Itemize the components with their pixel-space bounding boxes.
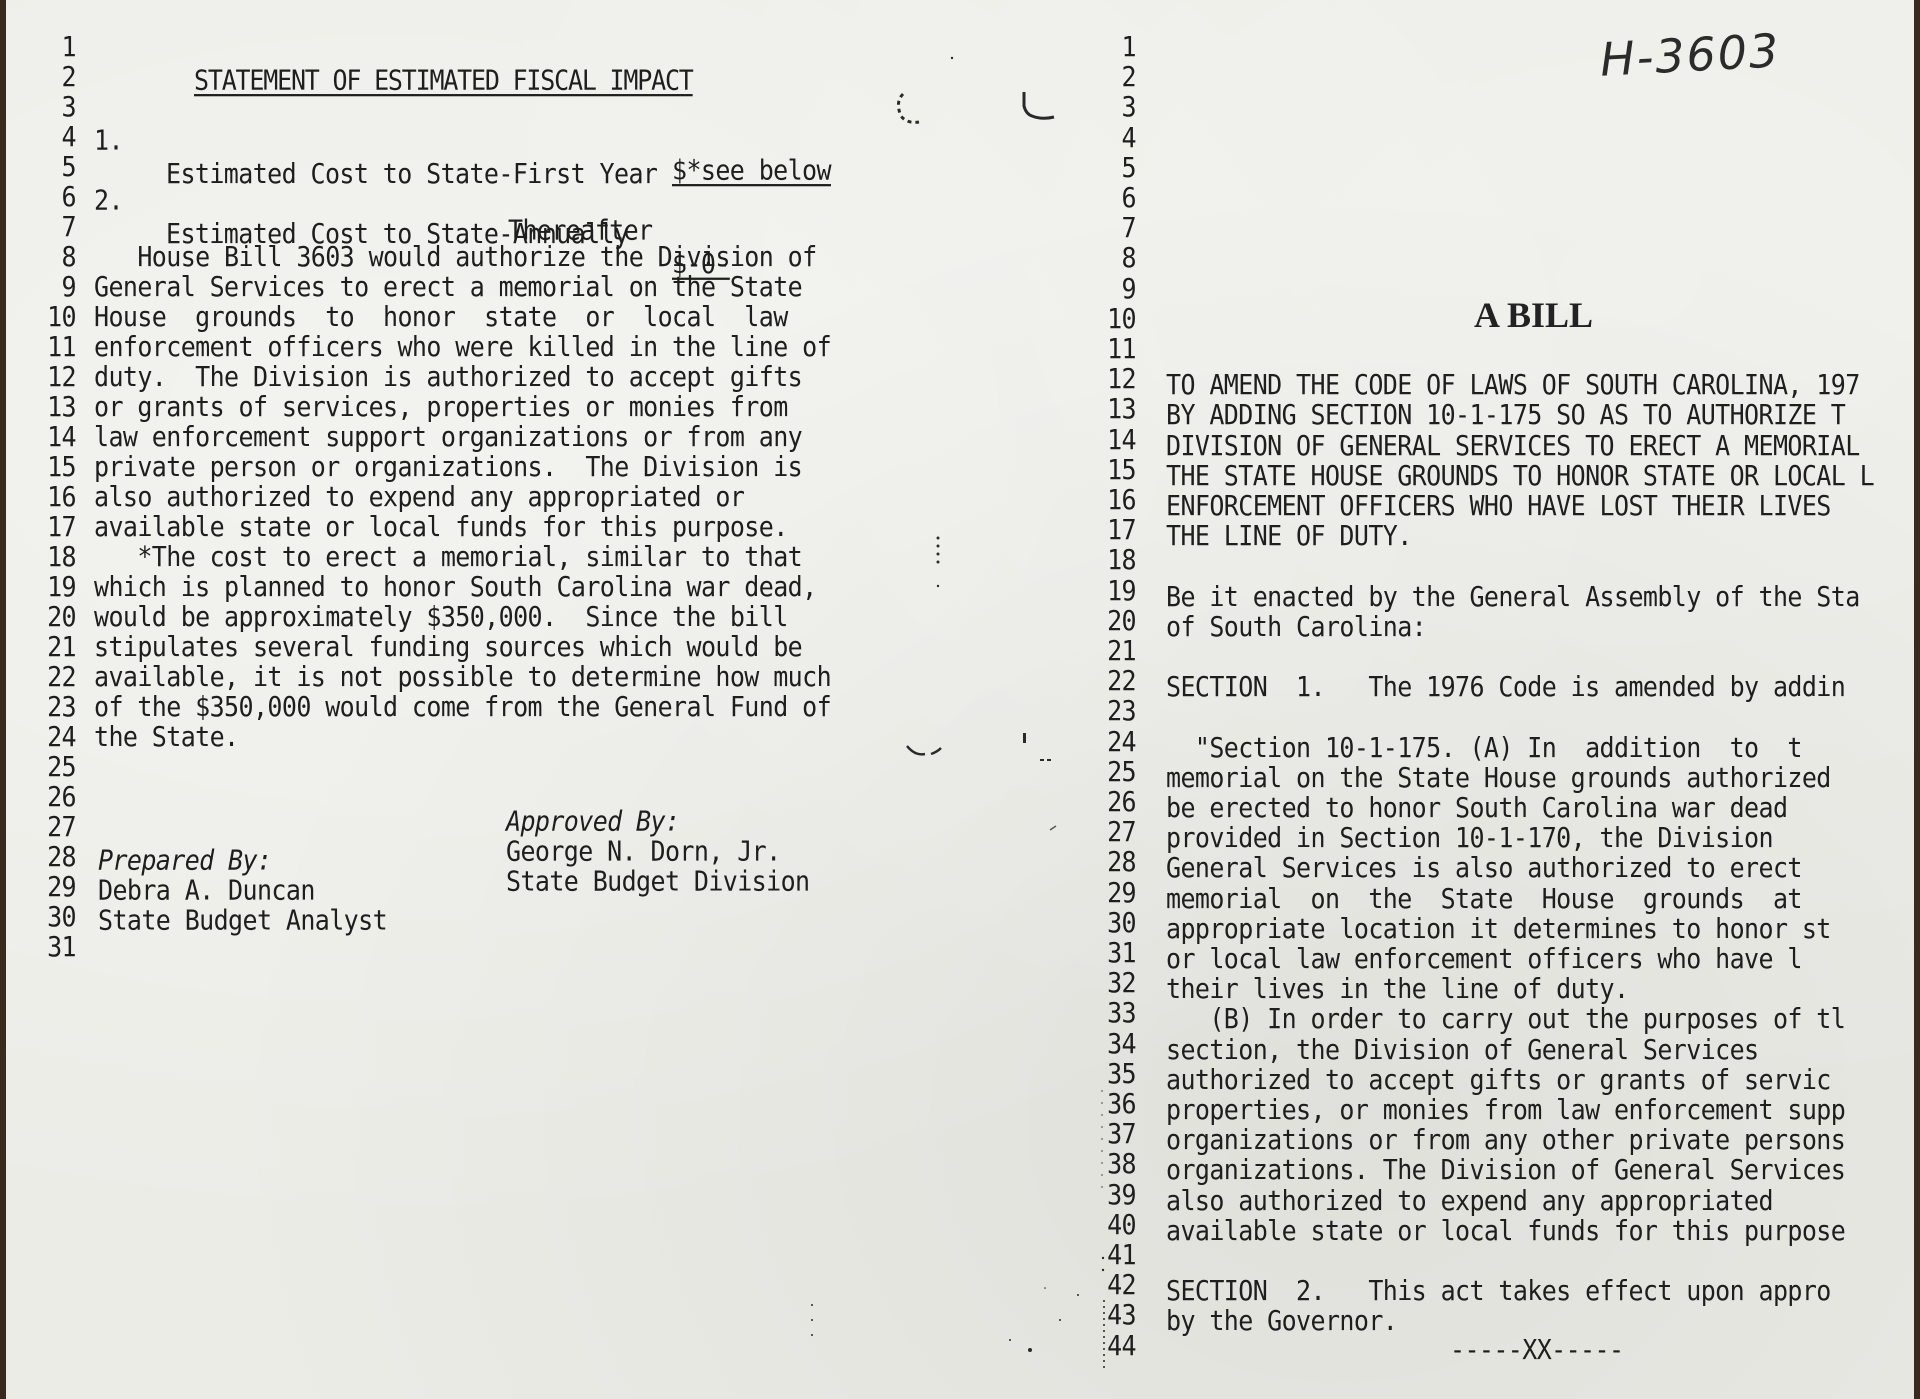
body-line-text: available, it is not possible to determi… xyxy=(94,660,831,694)
line-number: 6 xyxy=(1080,181,1136,215)
section-2-line: SECTION 2. This act takes effect upon ap… xyxy=(1166,1274,1831,1308)
item-1-number: 1. xyxy=(94,124,123,158)
approved-by-label: Approved By: xyxy=(506,805,679,839)
line-number: 21 xyxy=(1080,634,1136,668)
body-line-text: *The cost to erect a memorial, similar t… xyxy=(94,540,802,574)
line-number: 20 xyxy=(1080,604,1136,638)
line-number: 18 xyxy=(1080,544,1136,578)
item-1-value-line: $*see below xyxy=(36,120,94,154)
line-number: 19 xyxy=(1080,574,1136,608)
section-text-line: or local law enforcement officers who ha… xyxy=(1166,942,1802,976)
bill-title-line: THE LINE OF DUTY. xyxy=(1166,519,1412,553)
line-number: 39 xyxy=(1080,1178,1136,1212)
section-1-heading: SECTION 1. The 1976 Code is amended by a… xyxy=(1166,670,1845,704)
line-number: 42 xyxy=(1080,1268,1136,1302)
section-text-line: (B) In order to carry out the purposes o… xyxy=(1166,1003,1845,1037)
section-text-line: available state or local funds for this … xyxy=(1166,1214,1845,1248)
line-number: 12 xyxy=(1080,362,1136,396)
section-text-line: memorial on the State House grounds at xyxy=(1166,882,1802,916)
line-number: 13 xyxy=(36,390,76,424)
line-number: 40 xyxy=(1080,1208,1136,1242)
line-number: 31 xyxy=(1080,936,1136,970)
line-number: 18 xyxy=(36,540,76,574)
approver-name: George N. Dorn, Jr. xyxy=(506,835,781,869)
line-number: 24 xyxy=(1080,725,1136,759)
line-number: 15 xyxy=(1080,453,1136,487)
line-number: 1 xyxy=(1080,30,1136,64)
body-line-text: duty. The Division is authorized to acce… xyxy=(94,360,802,394)
bill-title-line: ENFORCEMENT OFFICERS WHO HAVE LOST THEIR… xyxy=(1166,489,1831,523)
body-line-text: private person or organizations. The Div… xyxy=(94,450,802,484)
body-line-text: House grounds to honor state or local la… xyxy=(94,300,788,334)
preparer-title: State Budget Analyst xyxy=(98,904,387,938)
line-number: 17 xyxy=(36,510,76,544)
line-number: 29 xyxy=(1080,876,1136,910)
line-number: 21 xyxy=(36,630,76,664)
body-line-text: which is planned to honor South Carolina… xyxy=(94,570,817,604)
line-number: 22 xyxy=(36,660,76,694)
line-number: 23 xyxy=(36,690,76,724)
fiscal-impact-statement: 1234567891011121314151617181920212223242… xyxy=(36,32,856,1032)
body-line-text: law enforcement support organizations or… xyxy=(94,420,802,454)
line-number: 32 xyxy=(1080,966,1136,1000)
line-number: 33 xyxy=(1080,997,1136,1031)
line-number: 26 xyxy=(1080,785,1136,819)
line-number: 8 xyxy=(1080,242,1136,276)
line-number: 43 xyxy=(1080,1299,1136,1333)
bill-title-line: THE STATE HOUSE GROUNDS TO HONOR STATE O… xyxy=(1166,459,1874,493)
fiscal-title-line: STATEMENT OF ESTIMATED FISCAL IMPACT xyxy=(36,30,94,64)
line-number: 17 xyxy=(1080,513,1136,547)
line-number: 44 xyxy=(1080,1329,1136,1363)
section-text-line: provided in Section 10-1-170, the Divisi… xyxy=(1166,821,1773,855)
line-number: 34 xyxy=(1080,1027,1136,1061)
body-line-text: available state or local funds for this … xyxy=(94,510,788,544)
line-number: 9 xyxy=(1080,272,1136,306)
section-text-line: also authorized to expend any appropriat… xyxy=(1166,1184,1773,1218)
section-text-line: organizations. The Division of General S… xyxy=(1166,1154,1845,1188)
line-number: 37 xyxy=(1080,1117,1136,1151)
body-line-text: or grants of services, properties or mon… xyxy=(94,390,788,424)
bill-title-line: BY ADDING SECTION 10-1-175 SO AS TO AUTH… xyxy=(1166,399,1845,433)
line-number: 25 xyxy=(1080,755,1136,789)
section-text-line: properties, or monies from law enforceme… xyxy=(1166,1093,1845,1127)
enacting-clause-line: Be it enacted by the General Assembly of… xyxy=(1166,580,1860,614)
line-number: 22 xyxy=(1080,664,1136,698)
end-of-bill-mark: -----XX----- xyxy=(1450,1333,1623,1367)
item-2-line: 2. Estimated Cost to State-Annually xyxy=(36,150,94,184)
line-number: 11 xyxy=(36,330,76,364)
bill-document: 1234567891011121314151617181920212223242… xyxy=(1080,32,1900,1399)
signature-label-line: Prepared By: Approved By: xyxy=(36,810,94,844)
line-number: 20 xyxy=(36,600,76,634)
enacting-clause-line: of South Carolina: xyxy=(1166,610,1426,644)
preparer-name: Debra A. Duncan xyxy=(98,874,315,908)
line-number: 26 xyxy=(36,780,76,814)
line-number: 35 xyxy=(1080,1057,1136,1091)
line-number: 24 xyxy=(36,720,76,754)
item-2-number: 2. xyxy=(94,184,123,218)
line-number: 38 xyxy=(1080,1148,1136,1182)
body-line-text: enforcement officers who were killed in … xyxy=(94,330,831,364)
line-number: 5 xyxy=(1080,151,1136,185)
body-line-text: also authorized to expend any appropriat… xyxy=(94,480,744,514)
line-number: 41 xyxy=(1080,1238,1136,1272)
signature-title-line: State Budget Analyst State Budget Divisi… xyxy=(36,870,94,904)
item-2-value-line: Thereafter $-0- xyxy=(36,180,94,214)
line-number: 7 xyxy=(1080,211,1136,245)
body-line-text: of the $350,000 would come from the Gene… xyxy=(94,690,831,724)
body-line-text: the State. xyxy=(94,720,239,754)
line-number: 13 xyxy=(1080,393,1136,427)
line-number: 14 xyxy=(36,420,76,454)
section-text-line: "Section 10-1-175. (A) In addition to t xyxy=(1166,731,1802,765)
line-number: 3 xyxy=(1080,91,1136,125)
line-number: 15 xyxy=(36,450,76,484)
line-number: 30 xyxy=(1080,906,1136,940)
item-1-label: Estimated Cost to State-First Year xyxy=(166,157,657,191)
body-line-text: would be approximately $350,000. Since t… xyxy=(94,600,788,634)
line-number: 14 xyxy=(1080,423,1136,457)
line-number: 2 xyxy=(1080,60,1136,94)
line-number: 36 xyxy=(1080,1087,1136,1121)
line-number: 19 xyxy=(36,570,76,604)
line-number: 16 xyxy=(36,480,76,514)
line-number: 16 xyxy=(1080,483,1136,517)
bill-title-line: TO AMEND THE CODE OF LAWS OF SOUTH CAROL… xyxy=(1166,368,1860,402)
section-text-line: organizations or from any other private … xyxy=(1166,1123,1845,1157)
line-number: 4 xyxy=(1080,121,1136,155)
body-line-text: stipulates several funding sources which… xyxy=(94,630,802,664)
section-text-line: memorial on the State House grounds auth… xyxy=(1166,761,1831,795)
bill-title-line: DIVISION OF GENERAL SERVICES TO ERECT A … xyxy=(1166,429,1860,463)
section-text-line: their lives in the line of duty. xyxy=(1166,972,1628,1006)
line-number: 27 xyxy=(1080,815,1136,849)
item-1-line: 1. Estimated Cost to State-First Year xyxy=(36,90,94,124)
section-text-line: General Services is also authorized to e… xyxy=(1166,852,1802,886)
section-text-line: section, the Division of General Service… xyxy=(1166,1033,1759,1067)
section-text-line: appropriate location it determines to ho… xyxy=(1166,912,1831,946)
prepared-by-label: Prepared By: xyxy=(98,844,271,878)
line-number: 23 xyxy=(1080,695,1136,729)
line-number: 28 xyxy=(1080,846,1136,880)
fiscal-impact-title: STATEMENT OF ESTIMATED FISCAL IMPACT xyxy=(194,64,693,98)
body-line-text: House Bill 3603 would authorize the Divi… xyxy=(94,240,817,274)
line-number: 11 xyxy=(1080,332,1136,366)
line-number: 10 xyxy=(1080,302,1136,336)
item-1-value: $*see below xyxy=(672,154,831,188)
signature-name-line: Debra A. Duncan George N. Dorn, Jr. xyxy=(36,840,94,874)
body-line-text: General Services to erect a memorial on … xyxy=(94,270,802,304)
section-text-line: be erected to honor South Carolina war d… xyxy=(1166,791,1787,825)
section-2-line: by the Governor. xyxy=(1166,1305,1397,1339)
line-number: 25 xyxy=(36,750,76,784)
line-number: 12 xyxy=(36,360,76,394)
approver-title: State Budget Division xyxy=(506,865,809,899)
section-text-line: authorized to accept gifts or grants of … xyxy=(1166,1063,1831,1097)
